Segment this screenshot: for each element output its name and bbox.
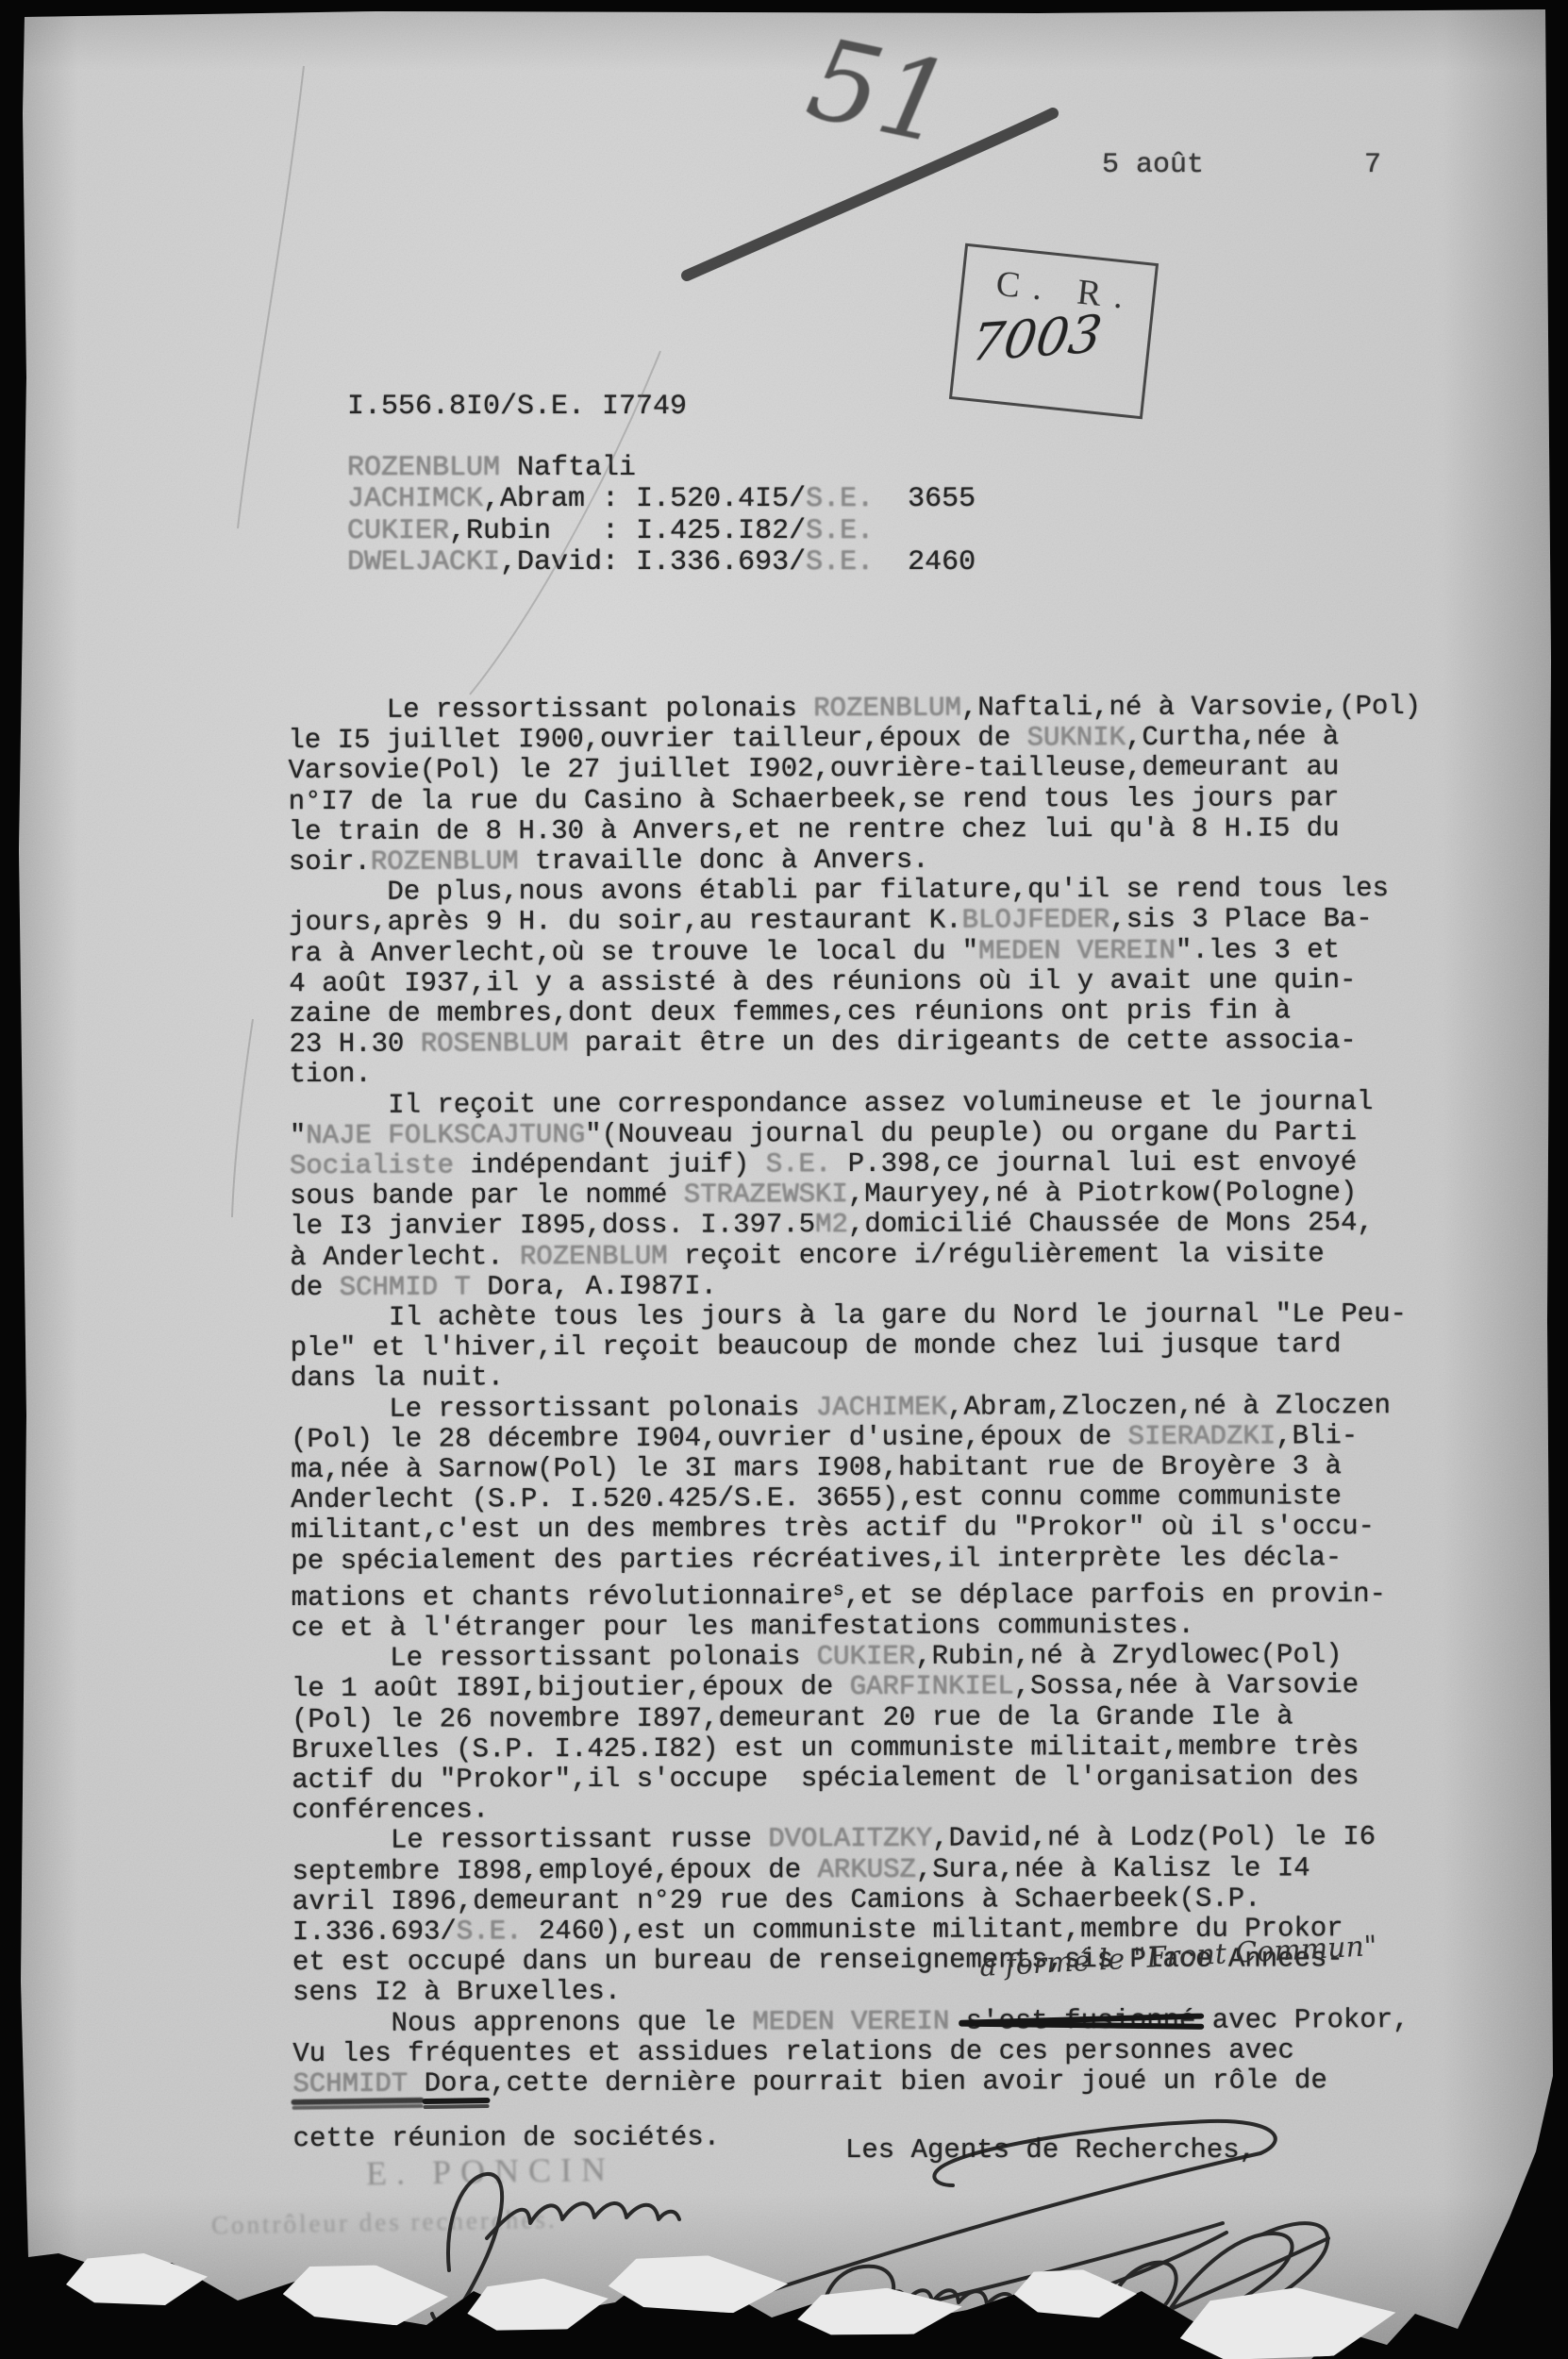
text-segment: actif du "Prokor",il s'occupe spécialeme… [292, 1761, 1359, 1796]
text-segment: le I5 juillet I900,ouvrier tailleur,épou… [288, 723, 1026, 757]
text-segment: 4 août I937,il y a assisté à des réunion… [289, 964, 1356, 999]
text-segment: GARFINKIEL [850, 1671, 1014, 1703]
text-segment: ce et à l'étranger pour les manifestatio… [292, 1610, 1194, 1644]
text-segment: Il achète tous les jours à la gare du No… [291, 1298, 1408, 1333]
text-segment: zaine de membres,dont deux femmes,ces ré… [289, 995, 1291, 1029]
text-segment: M2 [815, 1209, 848, 1240]
text-segment: SCHMIDT [292, 2068, 424, 2100]
text-segment: ,cette dernière pourrait bien avoir joué… [490, 2065, 1327, 2099]
text-segment: n°I7 de la rue du Casino à Schaerbeek,se… [289, 782, 1340, 817]
text-segment: le I3 janvier I895,doss. I.397.5 [290, 1210, 815, 1243]
text-segment: SCHMID T [340, 1271, 471, 1302]
text-segment: ,Rubin,né à Zrydlowec(Pol) [915, 1639, 1343, 1672]
text-segment: jours,après 9 H. du soir,au restaurant K… [289, 905, 962, 938]
text-segment: à Anderlecht. [290, 1241, 520, 1273]
text-segment: s'est fusionné [966, 2004, 1196, 2036]
text-segment: 3655 [874, 483, 976, 515]
text-segment: tion. [290, 1059, 372, 1090]
cr-stamp-box: C. R. 7003 [949, 243, 1159, 420]
closing-signature-caption: Les Agents de Recherches, [845, 2134, 1256, 2166]
text-segment: cette réunion de sociétés. [293, 2122, 721, 2155]
text-segment: ,Bli- [1276, 1420, 1358, 1451]
text-segment: MEDEN VEREIN [752, 2005, 949, 2037]
body-line: pe spécialement des parties récréatives,… [291, 1543, 1424, 1577]
examiner-stamp-name: E. PONCIN [366, 2150, 616, 2194]
text-segment: "(Nouveau journal du peuple) ou organe d… [585, 1116, 1357, 1150]
text-segment: ,sis 3 Place Ba- [1109, 904, 1373, 936]
text-segment: le 1 août I89I,bijoutier,époux de [292, 1671, 850, 1704]
folio-number: 7 [1364, 149, 1381, 181]
text-segment: I.336.693/ [292, 1916, 457, 1948]
text-segment: ,Abram,Zloczen,né à Zloczen [947, 1390, 1391, 1423]
text-segment: ,et se déplace parfois en provin- [844, 1579, 1386, 1612]
text-segment: s [833, 1580, 844, 1600]
text-segment: ROSENBLUM [421, 1028, 569, 1060]
dossier-reference: I.556.8I0/S.E. I7749 [347, 391, 687, 423]
text-segment: ,domicilié Chaussée de Mons 254, [848, 1208, 1374, 1241]
text-segment: ROZENBLUM [371, 845, 519, 878]
text-segment: JACHIMCK [347, 483, 483, 515]
text-segment: travaille donc à Anvers. [519, 845, 929, 878]
text-segment: mations et chants révolutionnaire [292, 1581, 833, 1614]
text-segment: septembre I898,employé,époux de [292, 1854, 818, 1887]
text-segment: ,David: I.336.693/ [500, 546, 806, 578]
text-segment: ".les 3 et [1176, 934, 1340, 966]
text-segment: ROZENBLUM [813, 693, 961, 725]
text-segment: Nous apprenons que le [292, 2006, 752, 2039]
text-segment: soir. [289, 846, 371, 878]
text-segment: JACHIMEK [816, 1391, 947, 1422]
text-segment: sens I2 à Bruxelles. [292, 1976, 621, 2008]
text-segment: Naftali [500, 452, 636, 484]
text-segment: le train de 8 H.30 à Anvers,et ne rentre… [289, 812, 1340, 847]
text-segment: ,Rubin : I.425.I82/ [449, 515, 806, 547]
text-segment: BLOJFEDER [962, 904, 1110, 936]
text-segment: ,Curtha,née à [1126, 721, 1339, 753]
text-segment: Dora, A.I987I. [471, 1270, 717, 1302]
text-segment: parait être un des dirigeants de cette a… [568, 1025, 1356, 1059]
text-segment: Le ressortissant russe [292, 1824, 768, 1857]
text-segment: sous bande par le nommé [290, 1179, 684, 1212]
text-segment: avril I896,demeurant n°29 rue des Camion… [292, 1882, 1261, 1917]
text-segment: ,Naftali,né à Varsovie,(Pol) [961, 691, 1421, 724]
text-segment: ,David,né à Lodz(Pol) le I6 [932, 1821, 1376, 1854]
body-line: Le ressortissant polonais JACHIMEK,Abram… [291, 1391, 1424, 1425]
text-segment: indépendant juif) [454, 1148, 766, 1180]
text-segment: ROZENBLUM [347, 452, 500, 484]
text-segment: CUKIER [347, 515, 449, 547]
subject-line: DWELJACKI,David: I.336.693/S.E. 2460 [347, 547, 976, 578]
date-text: 5 août [1102, 149, 1204, 181]
text-segment: DVOLAITZKY [768, 1823, 932, 1855]
body-line: à Anderlecht. ROZENBLUM reçoit encore i/… [290, 1239, 1423, 1273]
text-segment: ,Mauryey,né à Piotrkow(Pologne) [848, 1177, 1358, 1210]
text-segment: ROZENBLUM [520, 1240, 668, 1272]
text-segment: DWELJACKI [347, 546, 500, 578]
text-segment: Il reçoit une correspondance assez volum… [290, 1086, 1374, 1121]
text-segment: NAJE FOLKSCAJTUNG [306, 1119, 585, 1151]
text-segment: " [290, 1120, 307, 1151]
text-segment: Anderlecht (S.P. I.520.425/S.E. 3655),es… [291, 1481, 1342, 1515]
text-segment: ra à Anverlecht,où se trouve le local du… [289, 935, 978, 969]
text-segment: 2460 [874, 546, 976, 578]
text-segment: militant,c'est un des membres très actif… [291, 1512, 1375, 1547]
text-segment: conférences. [292, 1795, 489, 1827]
text-segment: S.E. [457, 1916, 523, 1947]
text-segment: SIERADZKI [1128, 1420, 1276, 1452]
text-segment: S.E. [806, 483, 874, 515]
text-segment: SUKNIK [1027, 722, 1126, 753]
subject-line: CUKIER,Rubin : I.425.I82/S.E. [347, 516, 976, 547]
examiner-stamp-title: Contrôleur des recherches. [211, 2205, 558, 2240]
body-line: le train de 8 H.30 à Anvers,et ne rentre… [289, 813, 1422, 847]
text-segment: Le ressortissant polonais [292, 1641, 817, 1674]
text-segment: S.E. [766, 1148, 832, 1179]
text-segment: CUKIER [817, 1641, 916, 1672]
text-segment: P.398,ce journal lui est envoyé [831, 1146, 1357, 1179]
text-segment: S.E. [806, 515, 874, 547]
body-line: SCHMIDT Dora,cette dernière pourrait bie… [292, 2066, 1426, 2100]
text-segment: MEDEN VEREIN [978, 934, 1176, 966]
text-segment: Vu les fréquentes et assidues relations … [292, 2034, 1294, 2069]
body-line: mations et chants révolutionnaires,et se… [292, 1573, 1425, 1614]
text-segment: ple" et l'hiver,il reçoit beaucoup de mo… [291, 1329, 1342, 1364]
text-segment: (Pol) le 28 décembre I904,ouvrier d'usin… [291, 1421, 1128, 1455]
cr-stamp-number-handwritten: 7003 [968, 304, 1106, 373]
subject-list: ROZENBLUM NaftaliJACHIMCK,Abram : I.520.… [347, 453, 976, 579]
text-segment: de [290, 1272, 339, 1303]
text-segment: Socialiste [290, 1150, 454, 1182]
text-segment: Bruxelles (S.P. I.425.I82) est un commun… [292, 1731, 1359, 1765]
text-segment: Varsovie(Pol) le 27 juillet I902,ouvrièr… [289, 752, 1340, 787]
text-segment: pe spécialement des parties récréatives,… [291, 1542, 1342, 1577]
body-line: (Pol) le 28 décembre I904,ouvrier d'usin… [291, 1421, 1424, 1455]
scanned-document-photo: 51 5 août 7 C. R. 7003 I.556.8I0/S.E. I7… [0, 0, 1568, 2359]
text-segment: S.E. [806, 546, 874, 578]
text-segment: Dora [425, 2067, 491, 2099]
subject-line: ROZENBLUM Naftali [347, 453, 976, 484]
text-segment: ,Sossa,née à Varsovie [1014, 1670, 1359, 1702]
text-segment: ,Sura,née à Kalisz le I4 [916, 1852, 1310, 1884]
text-segment: Le ressortissant polonais [291, 1392, 816, 1425]
text-segment: (Pol) le 26 novembre I897,demeurant 20 r… [292, 1700, 1293, 1735]
body-line: actif du "Prokor",il s'occupe spécialeme… [292, 1762, 1425, 1796]
text-segment: ARKUSZ [817, 1853, 916, 1884]
text-segment: ma,née à Sarnow(Pol) le 3I mars I908,hab… [291, 1450, 1342, 1485]
body-line: ple" et l'hiver,il reçoit beaucoup de mo… [291, 1330, 1424, 1364]
text-segment: De plus,nous avons établi par filature,q… [289, 873, 1389, 908]
text-segment: dans la nuit. [291, 1363, 504, 1395]
handwritten-page-number: 51 [797, 13, 963, 170]
text-segment: reçoit encore i/régulièrement la visite [668, 1238, 1325, 1271]
text-segment: avec Prokor, [1195, 2004, 1409, 2036]
text-segment: ,Abram : I.520.4I5/ [483, 483, 806, 515]
text-segment: 23 H.30 [290, 1029, 421, 1060]
body-line: 23 H.30 ROSENBLUM parait être un des dir… [290, 1026, 1423, 1060]
paper-sheet: 51 5 août 7 C. R. 7003 I.556.8I0/S.E. I7… [0, 0, 1568, 2359]
text-segment: Le ressortissant polonais [288, 693, 813, 726]
subject-line: JACHIMCK,Abram : I.520.4I5/S.E. 3655 [347, 484, 976, 515]
text-segment: STRAZEWSKI [684, 1179, 848, 1211]
